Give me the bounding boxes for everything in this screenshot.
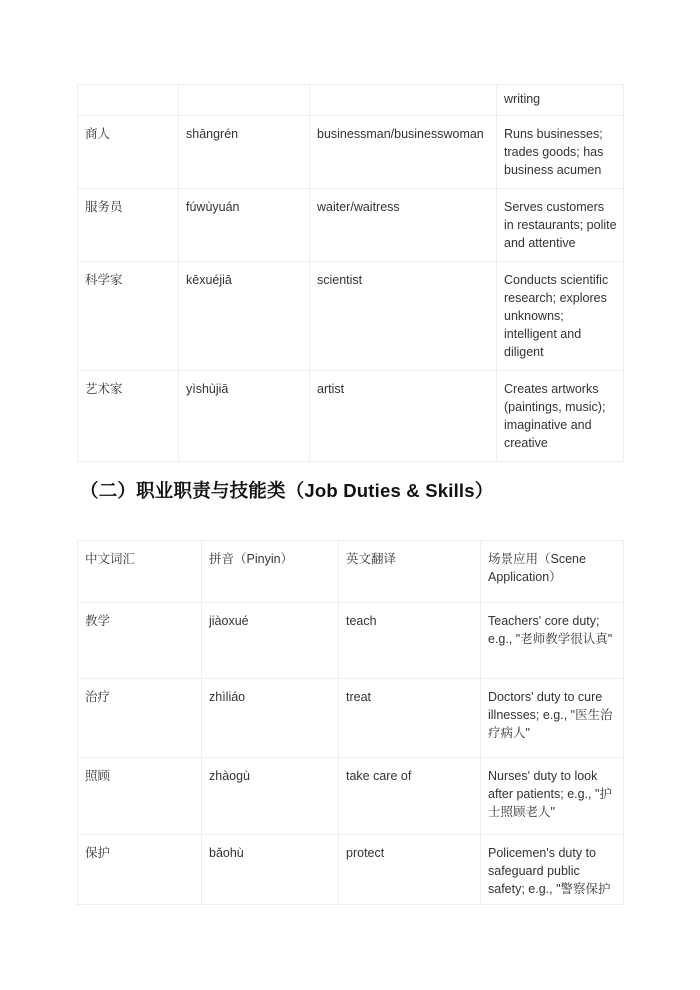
cell-english (310, 85, 497, 116)
table-row: 服务员 fúwùyuán waiter/waitress Serves cust… (78, 189, 624, 262)
cell-english: protect (339, 835, 481, 905)
cell-description: Runs businesses; trades goods; has busin… (497, 116, 624, 189)
cell-description: Creates artworks (paintings, music); ima… (497, 371, 624, 462)
cell-english: treat (339, 679, 481, 758)
cell-english: teach (339, 603, 481, 679)
cell-pinyin (179, 85, 310, 116)
cell-chinese: 服务员 (78, 189, 179, 262)
cell-chinese: 艺术家 (78, 371, 179, 462)
table-header-row: 中文词汇 拼音（Pinyin） 英文翻译 场景应用（Scene Applicat… (78, 541, 624, 603)
cell-pinyin: shāngrén (179, 116, 310, 189)
table-row: 保护 bǎohù protect Policemen's duty to saf… (78, 835, 624, 905)
cell-description: Serves customers in restaurants; polite … (497, 189, 624, 262)
cell-pinyin: jiàoxué (202, 603, 339, 679)
cell-description: Nurses' duty to look after patients; e.g… (481, 758, 624, 835)
cell-pinyin: fúwùyuán (179, 189, 310, 262)
cell-pinyin: yìshùjiā (179, 371, 310, 462)
cell-description: Policemen's duty to safeguard public saf… (481, 835, 624, 905)
cell-english: artist (310, 371, 497, 462)
cell-chinese: 教学 (78, 603, 202, 679)
cell-description: Conducts scientific research; explores u… (497, 262, 624, 371)
section-heading: （二）职业职责与技能类（Job Duties & Skills） (80, 477, 493, 503)
table-row: 艺术家 yìshùjiā artist Creates artworks (pa… (78, 371, 624, 462)
cell-english: businessman/businesswoman (310, 116, 497, 189)
table-row: 教学 jiàoxué teach Teachers' core duty; e.… (78, 603, 624, 679)
table-row: writing (78, 85, 624, 116)
table-row: 科学家 kēxuéjiā scientist Conducts scientif… (78, 262, 624, 371)
header-pinyin: 拼音（Pinyin） (202, 541, 339, 603)
cell-chinese: 保护 (78, 835, 202, 905)
occupations-table: writing 商人 shāngrén businessman/business… (77, 84, 624, 462)
cell-description: writing (497, 85, 624, 116)
cell-english: scientist (310, 262, 497, 371)
header-english: 英文翻译 (339, 541, 481, 603)
table-row: 商人 shāngrén businessman/businesswoman Ru… (78, 116, 624, 189)
header-description: 场景应用（Scene Application） (481, 541, 624, 603)
cell-chinese: 科学家 (78, 262, 179, 371)
table-row: 治疗 zhìliáo treat Doctors' duty to cure i… (78, 679, 624, 758)
cell-chinese (78, 85, 179, 116)
cell-pinyin: zhàogù (202, 758, 339, 835)
cell-english: take care of (339, 758, 481, 835)
cell-english: waiter/waitress (310, 189, 497, 262)
header-chinese: 中文词汇 (78, 541, 202, 603)
table-row: 照顾 zhàogù take care of Nurses' duty to l… (78, 758, 624, 835)
cell-pinyin: bǎohù (202, 835, 339, 905)
cell-pinyin: kēxuéjiā (179, 262, 310, 371)
cell-pinyin: zhìliáo (202, 679, 339, 758)
cell-chinese: 照顾 (78, 758, 202, 835)
job-duties-table: 中文词汇 拼音（Pinyin） 英文翻译 场景应用（Scene Applicat… (77, 540, 624, 905)
cell-description: Teachers' core duty; e.g., "老师教学很认真" (481, 603, 624, 679)
cell-chinese: 治疗 (78, 679, 202, 758)
cell-chinese: 商人 (78, 116, 179, 189)
cell-description: Doctors' duty to cure illnesses; e.g., "… (481, 679, 624, 758)
